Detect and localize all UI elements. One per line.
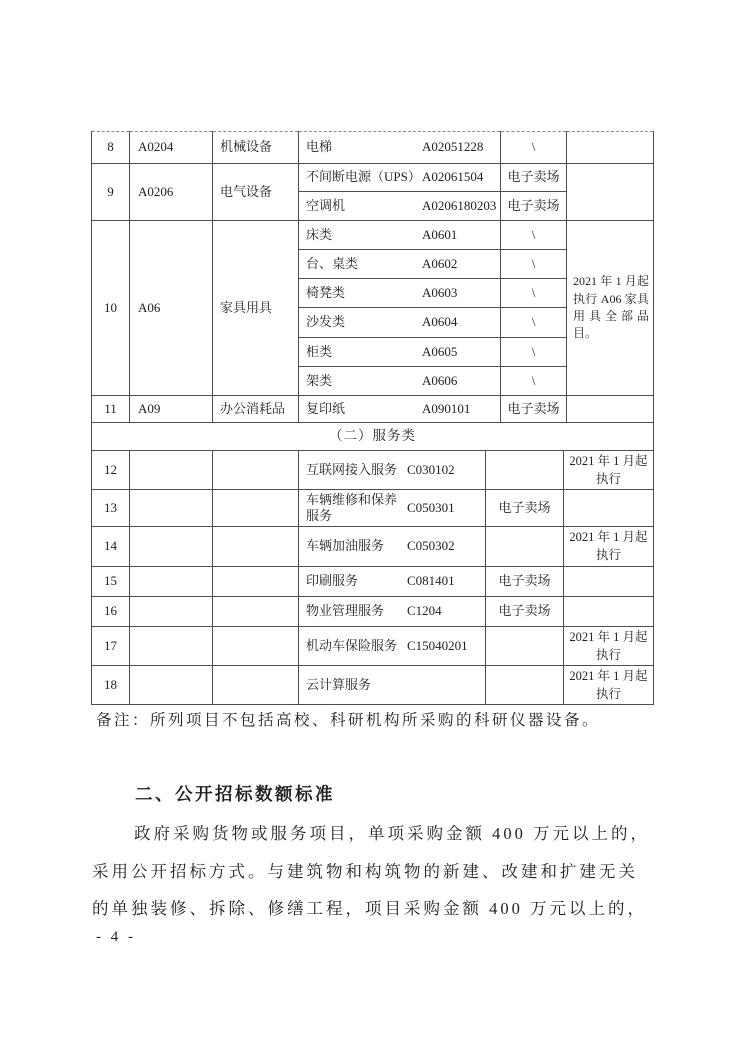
table-row: 15 印刷服务 C081401 电子卖场 bbox=[92, 566, 654, 596]
row-number-cell: 12 bbox=[92, 451, 130, 490]
item-name: 椅凳类 bbox=[299, 285, 420, 301]
category-code-cell: A09 bbox=[130, 396, 213, 423]
mall-cell: 电子卖场 bbox=[501, 192, 567, 221]
table-row: 16 物业管理服务 C1204 电子卖场 bbox=[92, 596, 654, 626]
category-name-cell bbox=[213, 626, 299, 665]
mall-cell: \ bbox=[501, 221, 567, 250]
document-page: 8 A0204 机械设备 电梯 A02051228 \ 9 A0206 电气设备 bbox=[0, 0, 740, 1046]
mall-cell: 电子卖场 bbox=[501, 396, 567, 423]
category-code-cell bbox=[130, 566, 213, 596]
row-number-cell: 10 bbox=[92, 221, 130, 396]
note-cell bbox=[564, 596, 654, 626]
item-code: C050302 bbox=[405, 538, 485, 554]
table-row: 17 机动车保险服务 C15040201 2021 年 1 月起执行 bbox=[92, 626, 654, 665]
mall-cell: \ bbox=[501, 338, 567, 367]
mall-cell bbox=[486, 451, 564, 490]
item-name: 电梯 bbox=[299, 139, 420, 155]
item-name: 车辆加油服务 bbox=[299, 538, 405, 554]
category-code-cell bbox=[130, 596, 213, 626]
item-cell: 车辆加油服务 C050302 bbox=[299, 527, 486, 566]
item-cell: 车辆维修和保养服务 C050301 bbox=[299, 490, 486, 527]
item-code: C050301 bbox=[405, 500, 485, 516]
item-name: 复印纸 bbox=[299, 401, 420, 417]
services-table: 12 互联网接入服务 C030102 2021 年 1 月起执行 13 bbox=[91, 451, 654, 705]
item-cell: 互联网接入服务 C030102 bbox=[299, 451, 486, 490]
table-row: 13 车辆维修和保养服务 C050301 电子卖场 bbox=[92, 490, 654, 527]
category-code-cell bbox=[130, 527, 213, 566]
item-cell: 床类 A0601 bbox=[299, 221, 501, 250]
section-header-row: （二）服务类 bbox=[92, 423, 654, 451]
note-cell: 2021 年 1 月起执行 bbox=[564, 527, 654, 566]
table-row: 11 A09 办公消耗品 复印纸 A090101 电子卖场 bbox=[92, 396, 654, 423]
category-code-cell bbox=[130, 626, 213, 665]
remark-text: 备注：所列项目不包括高校、科研机构所采购的科研仪器设备。 bbox=[96, 708, 600, 730]
item-code: A0206180203 bbox=[420, 198, 500, 214]
category-name-cell: 机械设备 bbox=[213, 132, 299, 164]
item-name: 不间断电源（UPS） bbox=[299, 169, 420, 185]
mall-cell bbox=[486, 527, 564, 566]
category-name-cell bbox=[213, 665, 299, 704]
item-code: A0602 bbox=[420, 256, 500, 272]
note-cell: 2021 年 1 月起执行 A06 家具用具全部品目。 bbox=[567, 221, 654, 396]
item-code: A0603 bbox=[420, 285, 500, 301]
note-cell: 2021 年 1 月起执行 bbox=[564, 665, 654, 704]
item-code: A0605 bbox=[420, 344, 500, 360]
paragraph-line-2: 采用公开招标方式。与建筑物和构筑物的新建、改建和扩建无关 bbox=[92, 858, 638, 882]
row-number-cell: 16 bbox=[92, 596, 130, 626]
row-number-cell: 18 bbox=[92, 665, 130, 704]
row-number-cell: 8 bbox=[92, 132, 130, 164]
mall-cell: 电子卖场 bbox=[501, 164, 567, 192]
item-code: A0601 bbox=[420, 227, 500, 243]
note-cell bbox=[564, 490, 654, 527]
category-name-cell: 办公消耗品 bbox=[213, 396, 299, 423]
item-cell: 空调机 A0206180203 bbox=[299, 192, 501, 221]
item-cell: 架类 A0606 bbox=[299, 367, 501, 396]
item-name: 柜类 bbox=[299, 344, 420, 360]
category-name-cell bbox=[213, 596, 299, 626]
category-name-cell: 电气设备 bbox=[213, 164, 299, 221]
item-cell: 印刷服务 C081401 bbox=[299, 566, 486, 596]
item-cell: 台、桌类 A0602 bbox=[299, 250, 501, 279]
item-name: 台、桌类 bbox=[299, 256, 420, 272]
table-row: 12 互联网接入服务 C030102 2021 年 1 月起执行 bbox=[92, 451, 654, 490]
table-row: 8 A0204 机械设备 电梯 A02051228 \ bbox=[92, 132, 654, 164]
mall-cell: 电子卖场 bbox=[486, 596, 564, 626]
category-code-cell bbox=[130, 451, 213, 490]
mall-cell: \ bbox=[501, 250, 567, 279]
item-code: C081401 bbox=[405, 573, 485, 589]
row-number-cell: 17 bbox=[92, 626, 130, 665]
item-cell: 复印纸 A090101 bbox=[299, 396, 501, 423]
row-number-cell: 9 bbox=[92, 164, 130, 221]
item-name: 物业管理服务 bbox=[299, 603, 405, 619]
item-code: C1204 bbox=[405, 603, 485, 619]
item-name: 机动车保险服务 bbox=[299, 638, 405, 654]
item-name: 床类 bbox=[299, 227, 420, 243]
item-code: A0604 bbox=[420, 314, 500, 330]
note-cell bbox=[567, 132, 654, 164]
mall-cell: \ bbox=[501, 279, 567, 308]
item-name: 互联网接入服务 bbox=[299, 462, 405, 478]
section-header-label: （二）服务类 bbox=[92, 423, 654, 451]
note-cell: 2021 年 1 月起执行 bbox=[564, 626, 654, 665]
item-cell: 物业管理服务 C1204 bbox=[299, 596, 486, 626]
note-cell: 2021 年 1 月起执行 bbox=[564, 451, 654, 490]
item-code: A090101 bbox=[420, 401, 500, 417]
table-row: 18 云计算服务 2021 年 1 月起执行 bbox=[92, 665, 654, 704]
note-cell bbox=[567, 164, 654, 221]
item-code: A0606 bbox=[420, 373, 500, 389]
goods-table: 8 A0204 机械设备 电梯 A02051228 \ 9 A0206 电气设备 bbox=[91, 131, 654, 451]
category-code-cell: A06 bbox=[130, 221, 213, 396]
mall-cell: \ bbox=[501, 308, 567, 338]
category-name-cell bbox=[213, 566, 299, 596]
item-cell: 柜类 A0605 bbox=[299, 338, 501, 367]
row-number-cell: 11 bbox=[92, 396, 130, 423]
paragraph-line-1: 政府采购货物或服务项目，单项采购金额 400 万元以上的， bbox=[134, 820, 650, 844]
mall-cell: 电子卖场 bbox=[486, 490, 564, 527]
section-2-heading: 二、公开招标数额标准 bbox=[135, 781, 335, 806]
item-cell: 云计算服务 bbox=[299, 665, 486, 704]
row-number-cell: 14 bbox=[92, 527, 130, 566]
note-cell bbox=[564, 566, 654, 596]
category-code-cell: A0206 bbox=[130, 164, 213, 221]
category-name-cell bbox=[213, 490, 299, 527]
note-cell bbox=[567, 396, 654, 423]
item-name: 架类 bbox=[299, 373, 420, 389]
category-name-cell bbox=[213, 451, 299, 490]
paragraph-line-3: 的单独装修、拆除、修缮工程，项目采购金额 400 万元以上的， bbox=[92, 895, 647, 919]
mall-cell: \ bbox=[501, 132, 567, 164]
item-code: A02061504 bbox=[420, 169, 500, 185]
item-code: C030102 bbox=[405, 462, 485, 478]
page-number: - 4 - bbox=[96, 929, 136, 946]
item-cell: 沙发类 A0604 bbox=[299, 308, 501, 338]
row-number-cell: 13 bbox=[92, 490, 130, 527]
item-name: 云计算服务 bbox=[299, 677, 405, 693]
table-row: 14 车辆加油服务 C050302 2021 年 1 月起执行 bbox=[92, 527, 654, 566]
category-code-cell: A0204 bbox=[130, 132, 213, 164]
item-code: C15040201 bbox=[405, 638, 485, 654]
item-cell: 机动车保险服务 C15040201 bbox=[299, 626, 486, 665]
table-row: 10 A06 家具用具 床类 A0601 \ 2021 年 1 月起执行 A06… bbox=[92, 221, 654, 250]
item-name: 印刷服务 bbox=[299, 573, 405, 589]
item-cell: 不间断电源（UPS） A02061504 bbox=[299, 164, 501, 192]
procurement-table: 8 A0204 机械设备 电梯 A02051228 \ 9 A0206 电气设备 bbox=[91, 131, 653, 705]
item-cell: 电梯 A02051228 bbox=[299, 132, 501, 164]
category-code-cell bbox=[130, 665, 213, 704]
category-name-cell: 家具用具 bbox=[213, 221, 299, 396]
mall-cell: \ bbox=[501, 367, 567, 396]
mall-cell bbox=[486, 665, 564, 704]
item-name: 空调机 bbox=[299, 198, 420, 214]
category-code-cell bbox=[130, 490, 213, 527]
mall-cell: 电子卖场 bbox=[486, 566, 564, 596]
mall-cell bbox=[486, 626, 564, 665]
item-name: 车辆维修和保养服务 bbox=[299, 492, 405, 525]
item-name: 沙发类 bbox=[299, 314, 420, 330]
table-row: 9 A0206 电气设备 不间断电源（UPS） A02061504 电子卖场 bbox=[92, 164, 654, 192]
row-number-cell: 15 bbox=[92, 566, 130, 596]
category-name-cell bbox=[213, 527, 299, 566]
item-code: A02051228 bbox=[420, 139, 500, 155]
item-cell: 椅凳类 A0603 bbox=[299, 279, 501, 308]
